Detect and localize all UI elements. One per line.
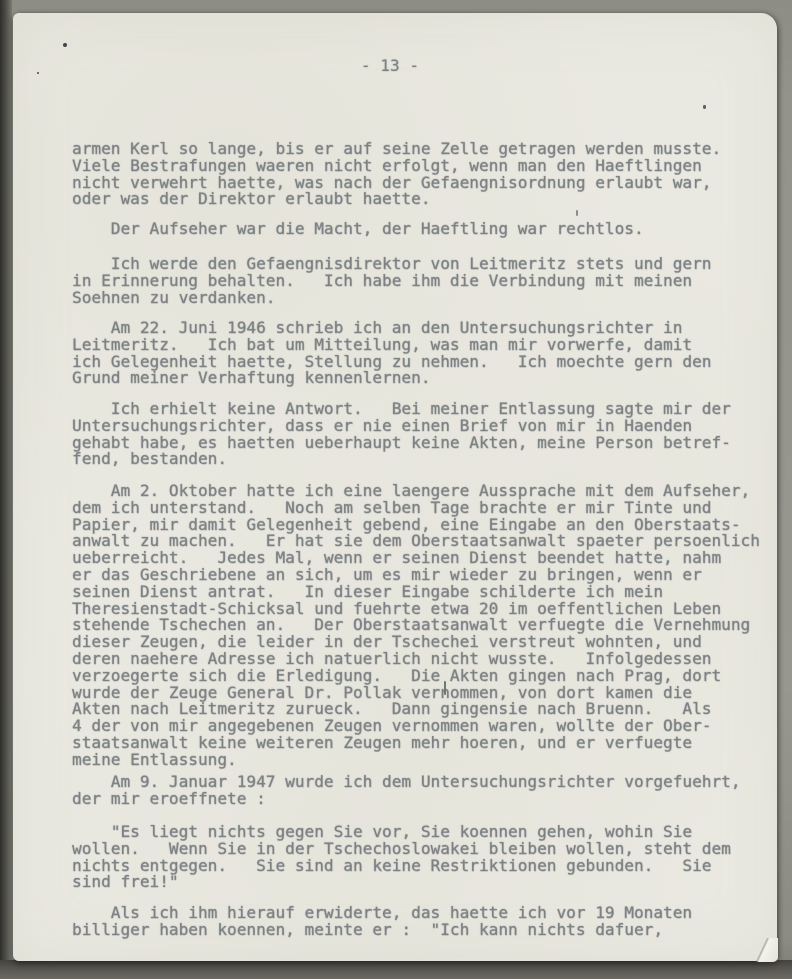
- document-text: armen Kerl so lange, bis er auf seine Ze…: [13, 13, 777, 961]
- document-paper: - 13 - armen Kerl so lange, bis er auf s…: [13, 13, 777, 961]
- text-line: Grund meiner Verhaftung kennenlernen.: [72, 370, 771, 387]
- paragraph: armen Kerl so lange, bis er auf seine Ze…: [72, 141, 771, 208]
- text-line: der mir eroeffnete :: [72, 791, 771, 808]
- text-line: fend, bestanden.: [72, 451, 771, 468]
- paragraph: "Es liegt nichts gegen Sie vor, Sie koen…: [72, 824, 771, 891]
- folded-corner: [748, 938, 778, 962]
- paragraph: Als ich ihm hierauf erwiderte, das haett…: [72, 905, 771, 939]
- paragraph: Ich werde den Gefaengnisdirektor von Lei…: [72, 256, 771, 306]
- text-line: oder was der Direktor erlaubt haette.: [72, 191, 771, 208]
- backdrop-left-shadow: [0, 0, 12, 979]
- backdrop-bottom-band: [0, 960, 792, 979]
- paragraph: Am 9. Januar 1947 wurde ich dem Untersuc…: [72, 774, 771, 808]
- paragraph: Ich erhielt keine Antwort. Bei meiner En…: [72, 401, 771, 468]
- stray-apostrophe-mark: [576, 210, 578, 216]
- text-line: Soehnen zu verdanken.: [72, 290, 771, 307]
- text-line: meine Entlassung.: [72, 752, 771, 769]
- typed-correction-bar: [444, 681, 446, 695]
- paragraph: Am 2. Oktober hatte ich eine laengere Au…: [72, 483, 771, 769]
- text-line: billiger haben koennen, meinte er : "Ich…: [72, 922, 771, 939]
- text-line: Der Aufseher war die Macht, der Haeftlin…: [72, 221, 771, 238]
- paragraph: Der Aufseher war die Macht, der Haeftlin…: [72, 221, 771, 238]
- text-line: sind frei!": [72, 874, 771, 891]
- ink-speck: [703, 105, 706, 109]
- paragraph: Am 22. Juni 1946 schrieb ich an den Unte…: [72, 320, 771, 387]
- ink-speck: [63, 43, 67, 47]
- ink-speck: [37, 72, 39, 74]
